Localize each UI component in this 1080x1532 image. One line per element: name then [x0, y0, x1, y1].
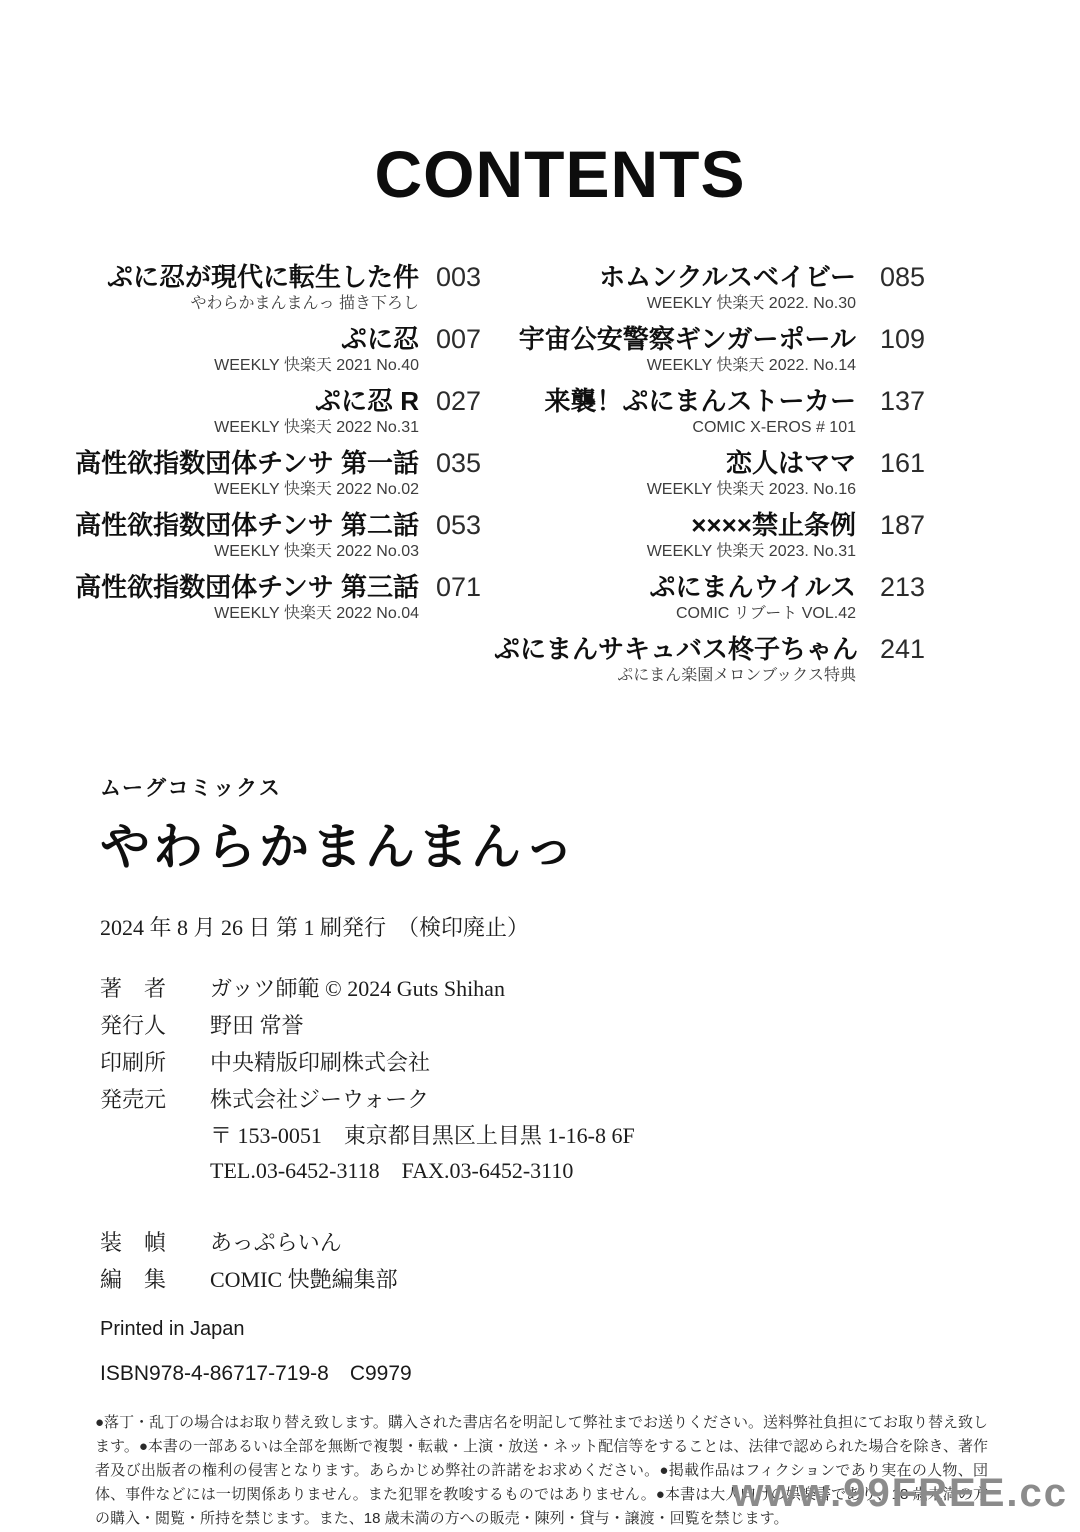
isbn-line: ISBN978-4-86717-719-8 C9979 — [100, 1357, 1080, 1387]
toc-entry-source: WEEKLY 快楽天 2023. No.16 — [494, 479, 856, 501]
credit-row-publisher-person: 発行人 野田 常誉 — [100, 1007, 1080, 1044]
toc-entry-page: 161 — [880, 448, 920, 479]
toc-entry-title: ぷにまんウイルス — [494, 572, 856, 603]
credit-label: 発行人 — [100, 1007, 210, 1044]
toc-entry-page: 213 — [880, 572, 920, 603]
publisher-address: 〒 153-0051 東京都目黒区上目黒 1-16-8 6F — [210, 1118, 1080, 1153]
credit-row-author: 著 者 ガッツ師範 © 2024 Guts Shihan — [100, 970, 1080, 1007]
toc-entry-title: ぷに忍が現代に転生した件 — [65, 262, 419, 293]
credit-row-editing: 編 集 COMIC 快艶編集部 — [100, 1261, 1080, 1298]
toc-entry-source: やわらかまんまんっ 描き下ろし — [65, 293, 419, 315]
book-colophon-page: CONTENTS ぷに忍が現代に転生した件 やわらかまんまんっ 描き下ろし 00… — [0, 0, 1080, 1532]
credit-label: 発売元 — [100, 1081, 210, 1118]
toc-entry-page: 137 — [880, 386, 920, 417]
toc-entry: ぷにまんウイルス COMIC リブート VOL.42 213 — [494, 572, 920, 625]
credits-block: 著 者 ガッツ師範 © 2024 Guts Shihan 発行人 野田 常誉 印… — [100, 970, 1080, 1188]
credits-block-second: 装 幀 あっぷらいん 編 集 COMIC 快艶編集部 — [100, 1224, 1080, 1298]
toc-entry: 宇宙公安警察ギンガーポール WEEKLY 快楽天 2022. No.14 109 — [494, 324, 920, 377]
toc-entry: ホムンクルスベイビー WEEKLY 快楽天 2022. No.30 085 — [494, 262, 920, 315]
toc-entry-title: 恋人はママ — [494, 448, 856, 479]
toc-entry-source: COMIC リブート VOL.42 — [494, 603, 856, 625]
toc-entry-title: ぷにまんサキュバス柊子ちゃん — [494, 634, 856, 665]
toc-entry-source: COMIC X-EROS # 101 — [494, 417, 856, 439]
table-of-contents: ぷに忍が現代に転生した件 やわらかまんまんっ 描き下ろし 003 ぷに忍 WEE… — [0, 262, 1080, 696]
toc-entry-title: ××××禁止条例 — [494, 510, 856, 541]
toc-entry-title: 高性欲指数団体チンサ 第二話 — [65, 510, 419, 541]
credit-label: 著 者 — [100, 970, 210, 1007]
toc-entry-page: 071 — [436, 572, 480, 603]
toc-entry: ぷにまんサキュバス柊子ちゃん ぷにまん楽園メロンブックス特典 241 — [494, 634, 920, 687]
toc-entry-source: WEEKLY 快楽天 2023. No.31 — [494, 541, 856, 563]
toc-entry-title: ぷに忍 R — [65, 386, 419, 417]
toc-entry-source: WEEKLY 快楽天 2022 No.02 — [65, 479, 419, 501]
toc-entry-page: 003 — [436, 262, 480, 293]
toc-left-column: ぷに忍が現代に転生した件 やわらかまんまんっ 描き下ろし 003 ぷに忍 WEE… — [65, 262, 480, 696]
toc-entry-page: 053 — [436, 510, 480, 541]
toc-entry-page: 007 — [436, 324, 480, 355]
credit-row-design: 装 幀 あっぷらいん — [100, 1224, 1080, 1261]
toc-entry-source: WEEKLY 快楽天 2021 No.40 — [65, 355, 419, 377]
toc-entry-source: WEEKLY 快楽天 2022 No.31 — [65, 417, 419, 439]
toc-entry-source: WEEKLY 快楽天 2022 No.03 — [65, 541, 419, 563]
toc-entry: 恋人はママ WEEKLY 快楽天 2023. No.16 161 — [494, 448, 920, 501]
toc-entry-page: 085 — [880, 262, 920, 293]
toc-entry-source: WEEKLY 快楽天 2022. No.30 — [494, 293, 856, 315]
toc-entry-title: 宇宙公安警察ギンガーポール — [494, 324, 856, 355]
toc-entry-title: ぷに忍 — [65, 324, 419, 355]
credit-value: 野田 常誉 — [210, 1007, 304, 1044]
toc-entry: ぷに忍 WEEKLY 快楽天 2021 No.40 007 — [65, 324, 480, 377]
edition-line: 2024 年 8 月 26 日 第 1 刷発行 （検印廃止） — [100, 911, 1080, 942]
toc-entry-page: 109 — [880, 324, 920, 355]
credit-value: あっぷらいん — [210, 1224, 342, 1261]
watermark: www.99FREE.cc — [732, 1471, 1068, 1516]
colophon: ムーグコミックス やわらかまんまんっ 2024 年 8 月 26 日 第 1 刷… — [0, 772, 1080, 1531]
credit-row-distributor: 発売元 株式会社ジーウォーク — [100, 1081, 1080, 1118]
toc-entry-title: 高性欲指数団体チンサ 第三話 — [65, 572, 419, 603]
toc-entry: 高性欲指数団体チンサ 第一話 WEEKLY 快楽天 2022 No.02 035 — [65, 448, 480, 501]
toc-entry-page: 035 — [436, 448, 480, 479]
imprint-label: ムーグコミックス — [100, 772, 1080, 802]
credit-value: COMIC 快艶編集部 — [210, 1261, 398, 1298]
toc-entry-page: 027 — [436, 386, 480, 417]
printed-in-japan: Printed in Japan — [100, 1318, 1080, 1341]
toc-entry-title: 来襲！ぷにまんストーカー — [494, 386, 856, 417]
toc-entry-source: WEEKLY 快楽天 2022. No.14 — [494, 355, 856, 377]
credit-value: 株式会社ジーウォーク — [210, 1081, 429, 1118]
page-title: CONTENTS — [20, 0, 1080, 212]
toc-entry: ××××禁止条例 WEEKLY 快楽天 2023. No.31 187 — [494, 510, 920, 563]
credit-label: 編 集 — [100, 1261, 210, 1298]
toc-entry: 高性欲指数団体チンサ 第三話 WEEKLY 快楽天 2022 No.04 071 — [65, 572, 480, 625]
credit-label: 装 幀 — [100, 1224, 210, 1261]
toc-entry-title: 高性欲指数団体チンサ 第一話 — [65, 448, 419, 479]
toc-entry-title: ホムンクルスベイビー — [494, 262, 856, 293]
toc-entry: 高性欲指数団体チンサ 第二話 WEEKLY 快楽天 2022 No.03 053 — [65, 510, 480, 563]
toc-entry: 来襲！ぷにまんストーカー COMIC X-EROS # 101 137 — [494, 386, 920, 439]
credit-value: ガッツ師範 © 2024 Guts Shihan — [210, 970, 505, 1007]
toc-entry-page: 241 — [880, 634, 920, 665]
toc-entry-source: WEEKLY 快楽天 2022 No.04 — [65, 603, 419, 625]
toc-right-column: ホムンクルスベイビー WEEKLY 快楽天 2022. No.30 085 宇宙… — [494, 262, 920, 696]
toc-entry: ぷに忍が現代に転生した件 やわらかまんまんっ 描き下ろし 003 — [65, 262, 480, 315]
publisher-phone: TEL.03-6452-3118 FAX.03-6452-3110 — [210, 1153, 1080, 1188]
toc-entry: ぷに忍 R WEEKLY 快楽天 2022 No.31 027 — [65, 386, 480, 439]
credit-value: 中央精版印刷株式会社 — [210, 1044, 430, 1081]
book-title: やわらかまんまんっ — [100, 807, 1080, 879]
credit-label: 印刷所 — [100, 1044, 210, 1081]
credit-row-printer: 印刷所 中央精版印刷株式会社 — [100, 1044, 1080, 1081]
toc-entry-source: ぷにまん楽園メロンブックス特典 — [494, 665, 856, 687]
toc-entry-page: 187 — [880, 510, 920, 541]
